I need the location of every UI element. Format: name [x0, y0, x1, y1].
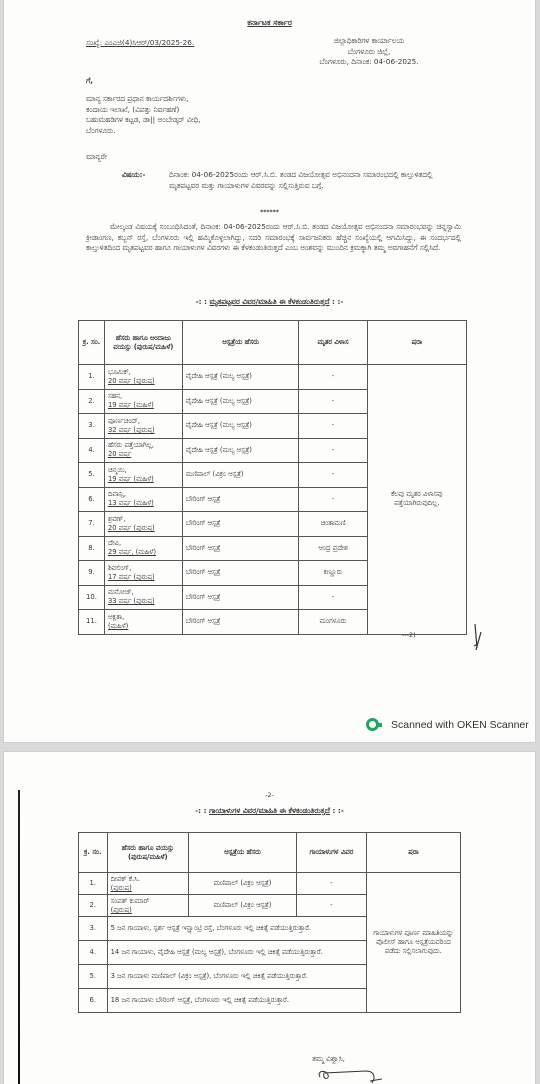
- hospital-cell: ಬೌರಿಂಗ್ ಆಸ್ಪತ್ರೆ: [182, 512, 299, 537]
- reference-number: ಸಂಖ್ಯೆ: ಎಂಎಜಿ(4)ಸಿಆರ್/03/2025-26.: [86, 38, 194, 49]
- age-gender: 29 ವರ್ಷ, (ಮಹಿಳೆ): [108, 548, 179, 557]
- government-title: ಕರ್ನಾಟಕ ಸರ್ಕಾರ: [4, 18, 535, 29]
- heading-suffix: : :-: [332, 806, 343, 815]
- name: ಹೆಸರು ಪತ್ತೆಯಾಗಿಲ್ಲ,: [108, 441, 179, 450]
- name: ಪೂರ್ಣಚಂದ್,: [108, 417, 179, 426]
- injured-heading: -: : ಗಾಯಾಳುಗಳ ವಿವರ/ಮಾಹಿತಿ ಈ ಕೆಳಕಂಡಂತಿರುತ…: [4, 806, 535, 817]
- office-address: ಜಿಲ್ಲಾಧಿಕಾರಿಗಳ ಕಾರ್ಯಾಲಯ ಬೆಂಗಳೂರು ಜಿಲ್ಲೆ,…: [294, 36, 444, 68]
- name: ದೀಪಕ್ ಕೆ.ಸಿ.: [111, 875, 185, 884]
- table-row: 1.ಭೂಮಿಕ್,20 ವರ್ಷ (ಪುರುಷ)ವೈದೇಹಿ ಆಸ್ಪತ್ರೆ …: [79, 365, 467, 390]
- hospital-cell: ವೈದೇಹಿ ಆಸ್ಪತ್ರೆ (ಮಲ್ಯ ಆಸ್ಪತ್ರೆ): [182, 389, 299, 414]
- hospital-cell: ಬೌರಿಂಗ್ ಆಸ್ಪತ್ರೆ: [182, 610, 299, 635]
- col-address: ಮೃತರ ವಿಳಾಸ: [299, 321, 367, 365]
- watermark-text: Scanned with OKEN Scanner: [391, 719, 529, 731]
- hospital-cell: ವೈದೇಹಿ ಆಸ್ಪತ್ರೆ (ಮಲ್ಯ ಆಸ್ಪತ್ರೆ): [182, 414, 299, 439]
- hospital-cell: ವೈದೇಹಿ ಆಸ್ಪತ್ರೆ (ಮಲ್ಯ ಆಸ್ಪತ್ರೆ): [182, 365, 299, 390]
- document-page-2: -2- -: : ಗಾಯಾಳುಗಳ ವಿವರ/ಮಾಹಿತಿ ಈ ಕೆಳಕಂಡಂತ…: [4, 752, 535, 1084]
- hospital-cell: ಮಣಿಪಾಲ್ (ವಿಕ್ರಂ ಆಸ್ಪತ್ರೆ): [189, 873, 297, 895]
- injured-summary-cell: 18 ಜನ ಗಾಯಾಳು ಬೌರಿಂಗ್ ಆಸ್ಪತ್ರೆ, ಬೆಂಗಳೂರು …: [107, 989, 366, 1013]
- serial-cell: 8.: [79, 536, 105, 561]
- scan-edge-shadow: [18, 790, 20, 1084]
- closing: ತಮ್ಮ ವಿಶ್ವಾಸಿ,: [312, 1054, 345, 1065]
- serial-cell: 4.: [79, 438, 105, 463]
- heading-prefix: -: :: [196, 297, 207, 306]
- addressee-line: ಕಂದಾಯ ಇಲಾಖೆ, (ವಿಪತ್ತು ನಿರ್ವಹಣೆ): [86, 105, 316, 116]
- name-age-cell: ದೀಪಕ್ ಕೆ.ಸಿ.(ಪುರುಷ): [107, 873, 188, 895]
- name-age-cell: ಹೆಸರು ಪತ್ತೆಯಾಗಿಲ್ಲ,20 ವರ್ಷ: [104, 438, 182, 463]
- serial-cell: 11.: [79, 610, 105, 635]
- address-cell: ಚಿಂತಾಮಣಿ: [299, 512, 367, 537]
- office-date: ಬೆಂಗಳೂರು, ದಿನಾಂಕ: 04-06-2025.: [294, 57, 444, 68]
- address-cell: ಮಂಗಳೂರು: [299, 610, 367, 635]
- name: ಮನೋಜ್,: [108, 588, 179, 597]
- injured-summary-cell: 3 ಜನ ಗಾಯಾಳು ಮಣಿಪಾಲ್ (ವಿಕ್ರಂ ಆಸ್ಪತ್ರೆ), ಬ…: [107, 965, 366, 989]
- address-cell: -: [299, 389, 367, 414]
- age-gender: 19 ವರ್ಷ (ಮಹಿಳೆ): [108, 401, 179, 410]
- document-page-1: ಕರ್ನಾಟಕ ಸರ್ಕಾರ ಸಂಖ್ಯೆ: ಎಂಎಜಿ(4)ಸಿಆರ್/03/…: [4, 0, 535, 742]
- hospital-cell: ಮಣಿಪಾಲ್ (ವಿಕ್ರಂ ಆಸ್ಪತ್ರೆ): [189, 895, 297, 917]
- table-header-row: ಕ್ರ. ಸಂ. ಹೆಸರು ಹಾಗೂ ಅಂದಾಜು ವಯಸ್ಸು (ಪುರುಷ…: [79, 321, 467, 365]
- name: ಶಿವಲಿಂಗ್,: [108, 564, 179, 573]
- serial-cell: 7.: [79, 512, 105, 537]
- serial-cell: 2.: [79, 389, 105, 414]
- signature-icon: [314, 1067, 384, 1084]
- deceased-table: ಕ್ರ. ಸಂ. ಹೆಸರು ಹಾಗೂ ಅಂದಾಜು ವಯಸ್ಸು (ಪುರುಷ…: [78, 320, 467, 635]
- age-gender: 17 ವರ್ಷ (ಪುರುಷ): [108, 573, 179, 582]
- table-row: 1.ದೀಪಕ್ ಕೆ.ಸಿ.(ಪುರುಷ)ಮಣಿಪಾಲ್ (ವಿಕ್ರಂ ಆಸ್…: [79, 873, 461, 895]
- heading-text: ಮೃತಪಟ್ಟವರ ವಿವರ/ಮಾಹಿತಿ ಈ ಕೆಳಕಂಡಂತಿರುತ್ತದೆ: [210, 297, 330, 306]
- serial-cell: 9.: [79, 561, 105, 586]
- address-cell: ಆಂದ್ರ ಪ್ರದೇಶ: [299, 536, 367, 561]
- addressee-line: ಬಹುಮಹಡಿಗಳ ಕಟ್ಟಡ, ಡಾ|| ಅಂಬೇಡ್ಕರ್ ವೀಧಿ,: [86, 115, 316, 126]
- hospital-cell: ಬೌರಿಂಗ್ ಆಸ್ಪತ್ರೆ: [182, 487, 299, 512]
- address-cell: -: [299, 487, 367, 512]
- hospital-cell: ಬೌರಿಂಗ್ ಆಸ್ಪತ್ರೆ: [182, 536, 299, 561]
- name: ಸಹನ,: [108, 392, 179, 401]
- injury-details-cell: -: [296, 873, 366, 895]
- serial-cell: 5.: [79, 463, 105, 488]
- address-cell: -: [299, 585, 367, 610]
- serial-cell: 3.: [79, 414, 105, 439]
- subject-text: ದಿನಾಂಕ: 04-06-2025ರಂದು ಆರ್.ಸಿ.ಬಿ. ತಂಡದ ವ…: [169, 170, 439, 191]
- age-gender: 20 ವರ್ಷ (ಪುರುಷ): [108, 524, 179, 533]
- remarks-cell: ಕೆಲವು ಮೃತರ ವಿಳಾಸವು ಪತ್ತೆಯಾಗಿರುವುದಿಲ್ಲ.: [367, 365, 466, 635]
- col-name-age: ಹೆಸರು ಹಾಗೂ ಅಂದಾಜು ವಯಸ್ಸು (ಪುರುಷ/ಮಹಿಳೆ): [104, 321, 182, 365]
- address-cell: -: [299, 463, 367, 488]
- body-paragraph: ಮೇಲ್ಕಂಡ ವಿಷಯಕ್ಕೆ ಸಂಬಂಧಿಸಿದಂತೆ, ದಿನಾಂಕ: 0…: [86, 222, 461, 254]
- serial-cell: 1.: [79, 873, 108, 895]
- col-serial: ಕ್ರ. ಸಂ.: [79, 321, 105, 365]
- name-age-cell: ಅಕ್ಷತಾ,(ಮಹಿಳೆ): [104, 610, 182, 635]
- name-age-cell: ಶಿವಲಿಂಗ್,17 ವರ್ಷ (ಪುರುಷ): [104, 561, 182, 586]
- heading-suffix: : :-: [332, 297, 343, 306]
- deceased-heading: -: : ಮೃತಪಟ್ಟವರ ವಿವರ/ಮಾಹಿತಿ ಈ ಕೆಳಕಂಡಂತಿರು…: [4, 297, 535, 308]
- hospital-cell: ಬೌರಿಂಗ್ ಆಸ್ಪತ್ರೆ: [182, 561, 299, 586]
- injured-summary-cell: 14 ಜನ ಗಾಯಾಳು, ವೈದೇಹಿ ಆಸ್ಪತ್ರೆ (ಮಲ್ಯ ಆಸ್ಪ…: [107, 941, 366, 965]
- office-line: ಬೆಂಗಳೂರು ಜಿಲ್ಲೆ,: [294, 47, 444, 58]
- to-label: ಗೆ,: [86, 76, 93, 87]
- addressee-block: ಮಾನ್ಯ ಸರ್ಕಾರದ ಪ್ರಧಾನ ಕಾರ್ಯದರ್ಶಿಗಳು, ಕಂದಾ…: [86, 94, 316, 136]
- injury-details-cell: -: [296, 895, 366, 917]
- address-cell: -: [299, 365, 367, 390]
- name-age-cell: ದೇವಿ,29 ವರ್ಷ, (ಮಹಿಳೆ): [104, 536, 182, 561]
- name: ಚಿನ್ಮಯಿ,: [108, 466, 179, 475]
- injured-table: ಕ್ರ. ಸಂ. ಹೆಸರು ಹಾಗೂ ವಯಸ್ಸು (ಪುರುಷ/ಮಹಿಳೆ)…: [78, 832, 461, 1013]
- age-gender: 20 ವರ್ಷ (ಪುರುಷ): [108, 377, 179, 386]
- continued-marker: ---2): [402, 630, 416, 641]
- name: ದಿವಾನ್ಷಿ,: [108, 490, 179, 499]
- table-header-row: ಕ್ರ. ಸಂ. ಹೆಸರು ಹಾಗೂ ವಯಸ್ಸು (ಪುರುಷ/ಮಹಿಳೆ)…: [79, 833, 461, 873]
- oken-logo-icon: [366, 718, 379, 731]
- name-age-cell: ಸಹನ,19 ವರ್ಷ (ಮಹಿಳೆ): [104, 389, 182, 414]
- serial-cell: 6.: [79, 989, 108, 1013]
- gender: (ಪುರುಷ): [111, 906, 185, 915]
- age-gender: (ಮಹಿಳೆ): [108, 622, 179, 631]
- name: ಸಂಪತ್ ಕುಮಾರ್: [111, 897, 185, 906]
- injured-summary-cell: 5 ಜನ ಗಾಯಾಳು, ಸ್ಪರ್ಶ ಆಸ್ಪತ್ರೆ ಇನ್ಫ್ಯಾಂಟ್ರ…: [107, 917, 366, 941]
- serial-cell: 2.: [79, 895, 108, 917]
- name-age-cell: ಪೂರ್ಣಚಂದ್,32 ವರ್ಷ (ಪುರುಷ): [104, 414, 182, 439]
- address-cell: -: [299, 414, 367, 439]
- name-age-cell: ಭೂಮಿಕ್,20 ವರ್ಷ (ಪುರುಷ): [104, 365, 182, 390]
- col-remarks: ಷರಾ: [366, 833, 460, 873]
- addressee-line: ಬೆಂಗಳೂರು.: [86, 126, 316, 137]
- address-cell: -: [299, 438, 367, 463]
- col-name-age: ಹೆಸರು ಹಾಗೂ ವಯಸ್ಸು (ಪುರುಷ/ಮಹಿಳೆ): [107, 833, 188, 873]
- serial-cell: 10.: [79, 585, 105, 610]
- serial-cell: 5.: [79, 965, 108, 989]
- gender: (ಪುರುಷ): [111, 884, 185, 893]
- heading-text: ಗಾಯಾಳುಗಳ ವಿವರ/ಮಾಹಿತಿ ಈ ಕೆಳಕಂಡಂತಿರುತ್ತದೆ: [209, 806, 330, 815]
- heading-prefix: -: :: [195, 806, 206, 815]
- col-serial: ಕ್ರ. ಸಂ.: [79, 833, 108, 873]
- hospital-cell: ಮಣಿಪಾಲ್ (ವಿಕ್ರಂ ಆಸ್ಪತ್ರೆ): [182, 463, 299, 488]
- serial-cell: 1.: [79, 365, 105, 390]
- scanner-watermark: Scanned with OKEN Scanner: [366, 718, 529, 731]
- hospital-cell: ವೈದೇಹಿ ಆಸ್ಪತ್ರೆ (ಮಲ್ಯ ಆಸ್ಪತ್ರೆ): [182, 438, 299, 463]
- address-cell: ಕಣ್ಣೂರು: [299, 561, 367, 586]
- name-age-cell: ಚಿನ್ಮಯಿ,19 ವರ್ಷ (ಮಹಿಳೆ): [104, 463, 182, 488]
- initial-mark-icon: [469, 622, 485, 654]
- age-gender: 32 ವರ್ಷ (ಪುರುಷ): [108, 426, 179, 435]
- col-injury-details: ಗಾಯಾಳುಗಳ ವಿವರ: [296, 833, 366, 873]
- page-number: -2-: [4, 790, 535, 801]
- col-hospital: ಆಸ್ಪತ್ರೆಯ ಹೆಸರು: [189, 833, 297, 873]
- name-age-cell: ಮನೋಜ್,33 ವರ್ಷ (ಪುರುಷ): [104, 585, 182, 610]
- remarks-cell: ಗಾಯಾಳುಗಳ ಪೂರ್ಣ ಮಾಹಿತಿಯನ್ನು ಪೊಲೀಸ್ ಹಾಗೂ ಆ…: [366, 873, 460, 1013]
- salutation: ಮಾನ್ಯರೇ: [86, 152, 107, 163]
- serial-cell: 6.: [79, 487, 105, 512]
- name: ಶ್ರವಣ್,: [108, 515, 179, 524]
- serial-cell: 4.: [79, 941, 108, 965]
- col-remarks: ಷರಾ: [367, 321, 466, 365]
- age-gender: 13 ವರ್ಷ (ಮಹಿಳೆ): [108, 499, 179, 508]
- name-age-cell: ಶ್ರವಣ್,20 ವರ್ಷ (ಪುರುಷ): [104, 512, 182, 537]
- name: ದೇವಿ,: [108, 539, 179, 548]
- office-line: ಜಿಲ್ಲಾಧಿಕಾರಿಗಳ ಕಾರ್ಯಾಲಯ: [294, 36, 444, 47]
- age-gender: 20 ವರ್ಷ: [108, 450, 179, 459]
- name-age-cell: ಸಂಪತ್ ಕುಮಾರ್(ಪುರುಷ): [107, 895, 188, 917]
- name: ಅಕ್ಷತಾ,: [108, 613, 179, 622]
- serial-cell: 3.: [79, 917, 108, 941]
- name-age-cell: ದಿವಾನ್ಷಿ,13 ವರ್ಷ (ಮಹಿಳೆ): [104, 487, 182, 512]
- subject-label: ವಿಷಯ:-: [122, 170, 145, 181]
- separator: ******: [4, 208, 535, 219]
- col-hospital: ಆಸ್ಪತ್ರೆಯ ಹೆಸರು: [182, 321, 299, 365]
- addressee-line: ಮಾನ್ಯ ಸರ್ಕಾರದ ಪ್ರಧಾನ ಕಾರ್ಯದರ್ಶಿಗಳು,: [86, 94, 316, 105]
- age-gender: 19 ವರ್ಷ (ಮಹಿಳೆ): [108, 475, 179, 484]
- name: ಭೂಮಿಕ್,: [108, 368, 179, 377]
- age-gender: 33 ವರ್ಷ (ಪುರುಷ): [108, 597, 179, 606]
- hospital-cell: ಬೌರಿಂಗ್ ಆಸ್ಪತ್ರೆ: [182, 585, 299, 610]
